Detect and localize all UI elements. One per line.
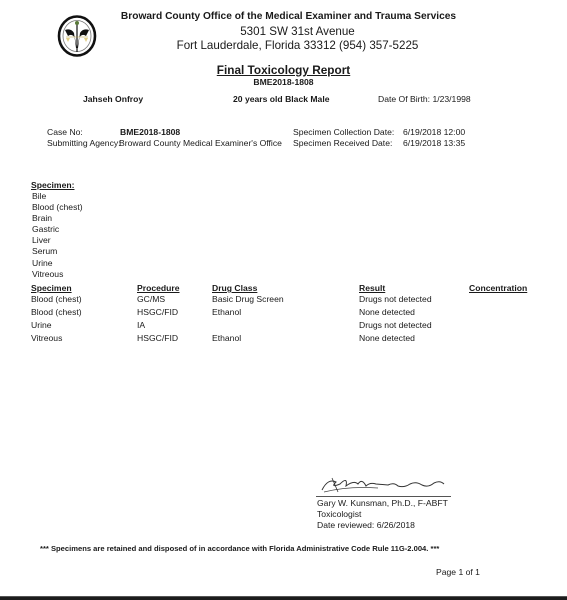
specimen-list-item: Bile [32,191,83,202]
bottom-edge-bar [0,596,567,600]
table-cell: Urine [31,320,52,330]
specimen-list-item: Brain [32,213,83,224]
specimen-list: BileBlood (chest)BrainGastricLiverSerumU… [32,191,83,280]
submitting-agency-label: Submitting Agency: [47,138,121,148]
table-cell: None detected [359,333,415,343]
table-cell: Ethanol [212,333,241,343]
table-cell: None detected [359,307,415,317]
signer-name: Gary W. Kunsman, Ph.D., F-ABFT [317,498,448,508]
case-no-value: BME2018-1808 [120,127,180,137]
specimen-list-item: Vitreous [32,269,83,280]
specimen-list-item: Urine [32,258,83,269]
column-header: Specimen [31,283,72,293]
column-header: Drug Class [212,283,257,293]
organization-name: Broward County Office of the Medical Exa… [0,11,567,22]
table-cell: GC/MS [137,294,165,304]
specimen-list-item: Serum [32,246,83,257]
page-number: Page 1 of 1 [436,567,480,577]
date-reviewed: Date reviewed: 6/26/2018 [317,520,415,530]
signer-title: Toxicologist [317,509,361,519]
table-cell: Drugs not detected [359,294,432,304]
column-header: Procedure [137,283,180,293]
table-cell: Ethanol [212,307,241,317]
table-cell: IA [137,320,145,330]
specimen-list-item: Liver [32,235,83,246]
table-cell: Vitreous [31,333,62,343]
patient-description: 20 years old Black Male [233,94,330,104]
date-of-birth: Date Of Birth: 1/23/1998 [378,94,471,104]
specimen-list-item: Gastric [32,224,83,235]
column-header: Concentration [469,283,527,293]
table-cell: Blood (chest) [31,294,82,304]
collection-date-value: 6/19/2018 12:00 [403,127,465,137]
table-cell: Blood (chest) [31,307,82,317]
address-line-1: 5301 SW 31st Avenue [0,25,567,38]
report-id: BME2018-1808 [0,77,567,87]
table-cell: Basic Drug Screen [212,294,284,304]
table-cell: HSGC/FID [137,333,178,343]
collection-date-label: Specimen Collection Date: [293,127,394,137]
patient-name: Jahseh Onfroy [83,94,143,104]
specimen-list-item: Blood (chest) [32,202,83,213]
specimen-list-heading: Specimen: [31,180,74,190]
address-line-2: Fort Lauderdale, Florida 33312 (954) 357… [0,39,567,52]
retention-footnote: *** Specimens are retained and disposed … [40,544,439,553]
submitting-agency-value: Broward County Medical Examiner's Office [119,138,282,148]
report-title: Final Toxicology Report [0,63,567,77]
received-date-value: 6/19/2018 13:35 [403,138,465,148]
table-cell: Drugs not detected [359,320,432,330]
table-cell: HSGC/FID [137,307,178,317]
received-date-label: Specimen Received Date: [293,138,392,148]
case-no-label: Case No: [47,127,83,137]
column-header: Result [359,283,385,293]
signature-line [316,496,451,497]
handwritten-signature-icon [318,472,448,496]
